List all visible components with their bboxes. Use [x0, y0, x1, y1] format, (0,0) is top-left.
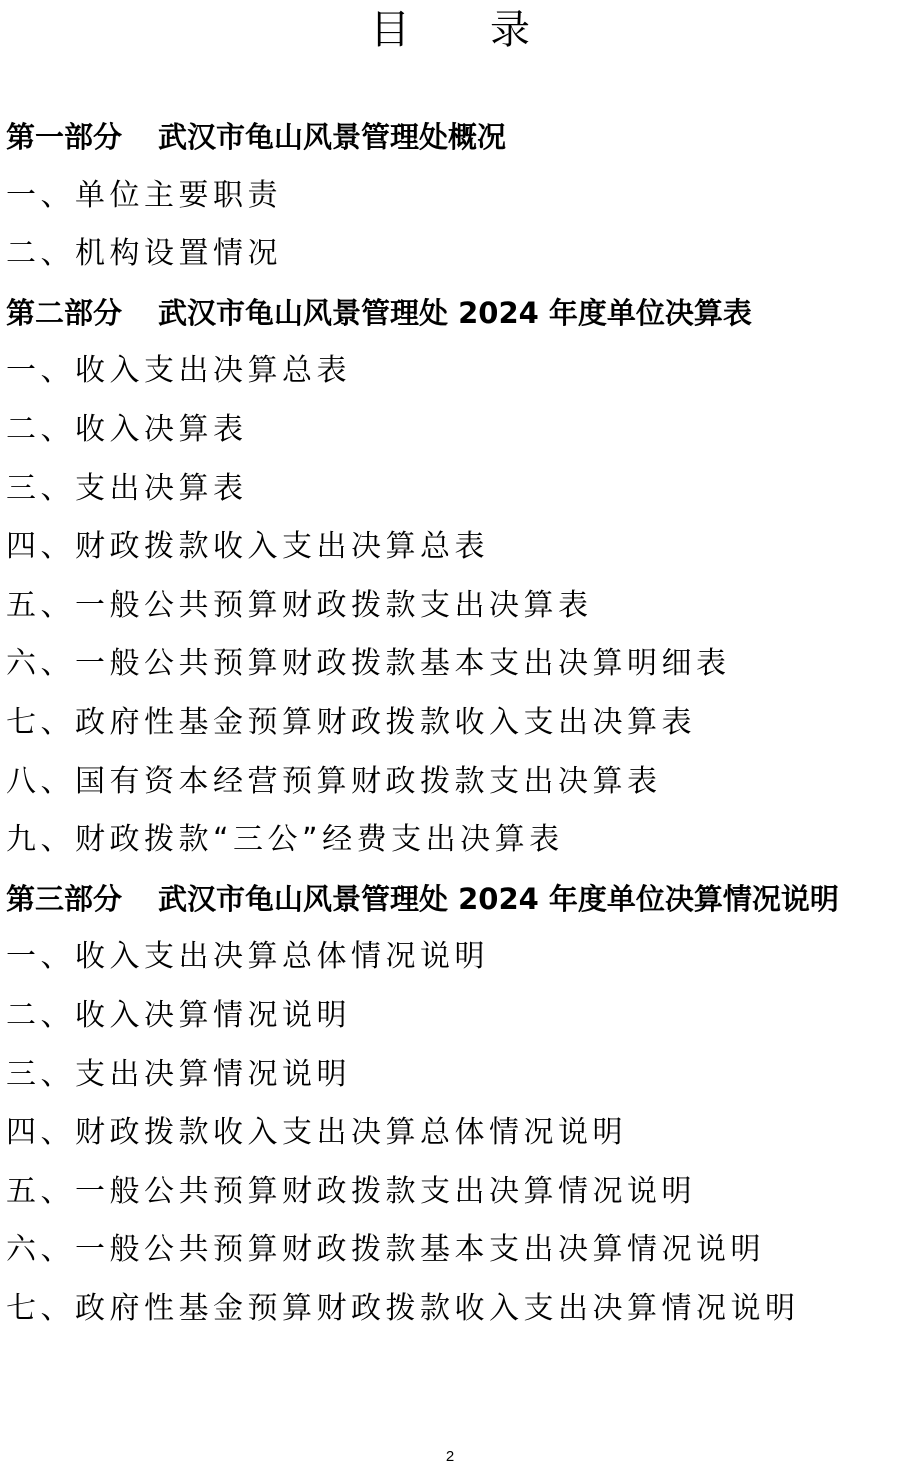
toc-item[interactable]: 二、机构设置情况 — [6, 225, 900, 284]
toc-item[interactable]: 三、支出决算情况说明 — [6, 1046, 900, 1105]
toc-item[interactable]: 一、单位主要职责 — [6, 167, 900, 226]
title-char-2: 录 — [490, 4, 530, 56]
toc-item[interactable]: 五、一般公共预算财政拨款支出决算表 — [6, 577, 900, 636]
title-char-1: 目 — [370, 4, 410, 56]
part-label: 第三部分 — [6, 882, 122, 916]
toc-item[interactable]: 四、财政拨款收入支出决算总表 — [6, 518, 900, 577]
toc-item[interactable]: 七、政府性基金预算财政拨款收入支出决算情况说明 — [6, 1280, 900, 1339]
part-title: 武汉市龟山风景管理处 2024 年度单位决算表 — [158, 296, 752, 330]
toc-item[interactable]: 八、国有资本经营预算财政拨款支出决算表 — [6, 753, 900, 812]
toc-part-2-heading[interactable]: 第二部分武汉市龟山风景管理处 2024 年度单位决算表 — [6, 284, 900, 343]
toc-item[interactable]: 一、收入支出决算总表 — [6, 342, 900, 401]
toc-part-1-heading[interactable]: 第一部分武汉市龟山风景管理处概况 — [6, 108, 900, 167]
table-of-contents: 第一部分武汉市龟山风景管理处概况 一、单位主要职责 二、机构设置情况 第二部分武… — [6, 108, 900, 1338]
toc-item[interactable]: 一、收入支出决算总体情况说明 — [6, 928, 900, 987]
part-title: 武汉市龟山风景管理处概况 — [158, 120, 506, 154]
toc-part-3-heading[interactable]: 第三部分武汉市龟山风景管理处 2024 年度单位决算情况说明 — [6, 870, 900, 929]
part-title: 武汉市龟山风景管理处 2024 年度单位决算情况说明 — [158, 882, 839, 916]
toc-item[interactable]: 九、财政拨款“三公”经费支出决算表 — [6, 811, 900, 870]
toc-item[interactable]: 二、收入决算表 — [6, 401, 900, 460]
page-number: 2 — [0, 1448, 900, 1465]
toc-item[interactable]: 六、一般公共预算财政拨款基本支出决算明细表 — [6, 635, 900, 694]
toc-item[interactable]: 三、支出决算表 — [6, 460, 900, 519]
toc-item[interactable]: 二、收入决算情况说明 — [6, 987, 900, 1046]
part-label: 第一部分 — [6, 120, 122, 154]
part-label: 第二部分 — [6, 296, 122, 330]
page-title: 目录 — [0, 4, 900, 56]
toc-item[interactable]: 五、一般公共预算财政拨款支出决算情况说明 — [6, 1163, 900, 1222]
toc-item[interactable]: 四、财政拨款收入支出决算总体情况说明 — [6, 1104, 900, 1163]
toc-item[interactable]: 七、政府性基金预算财政拨款收入支出决算表 — [6, 694, 900, 753]
toc-item[interactable]: 六、一般公共预算财政拨款基本支出决算情况说明 — [6, 1221, 900, 1280]
